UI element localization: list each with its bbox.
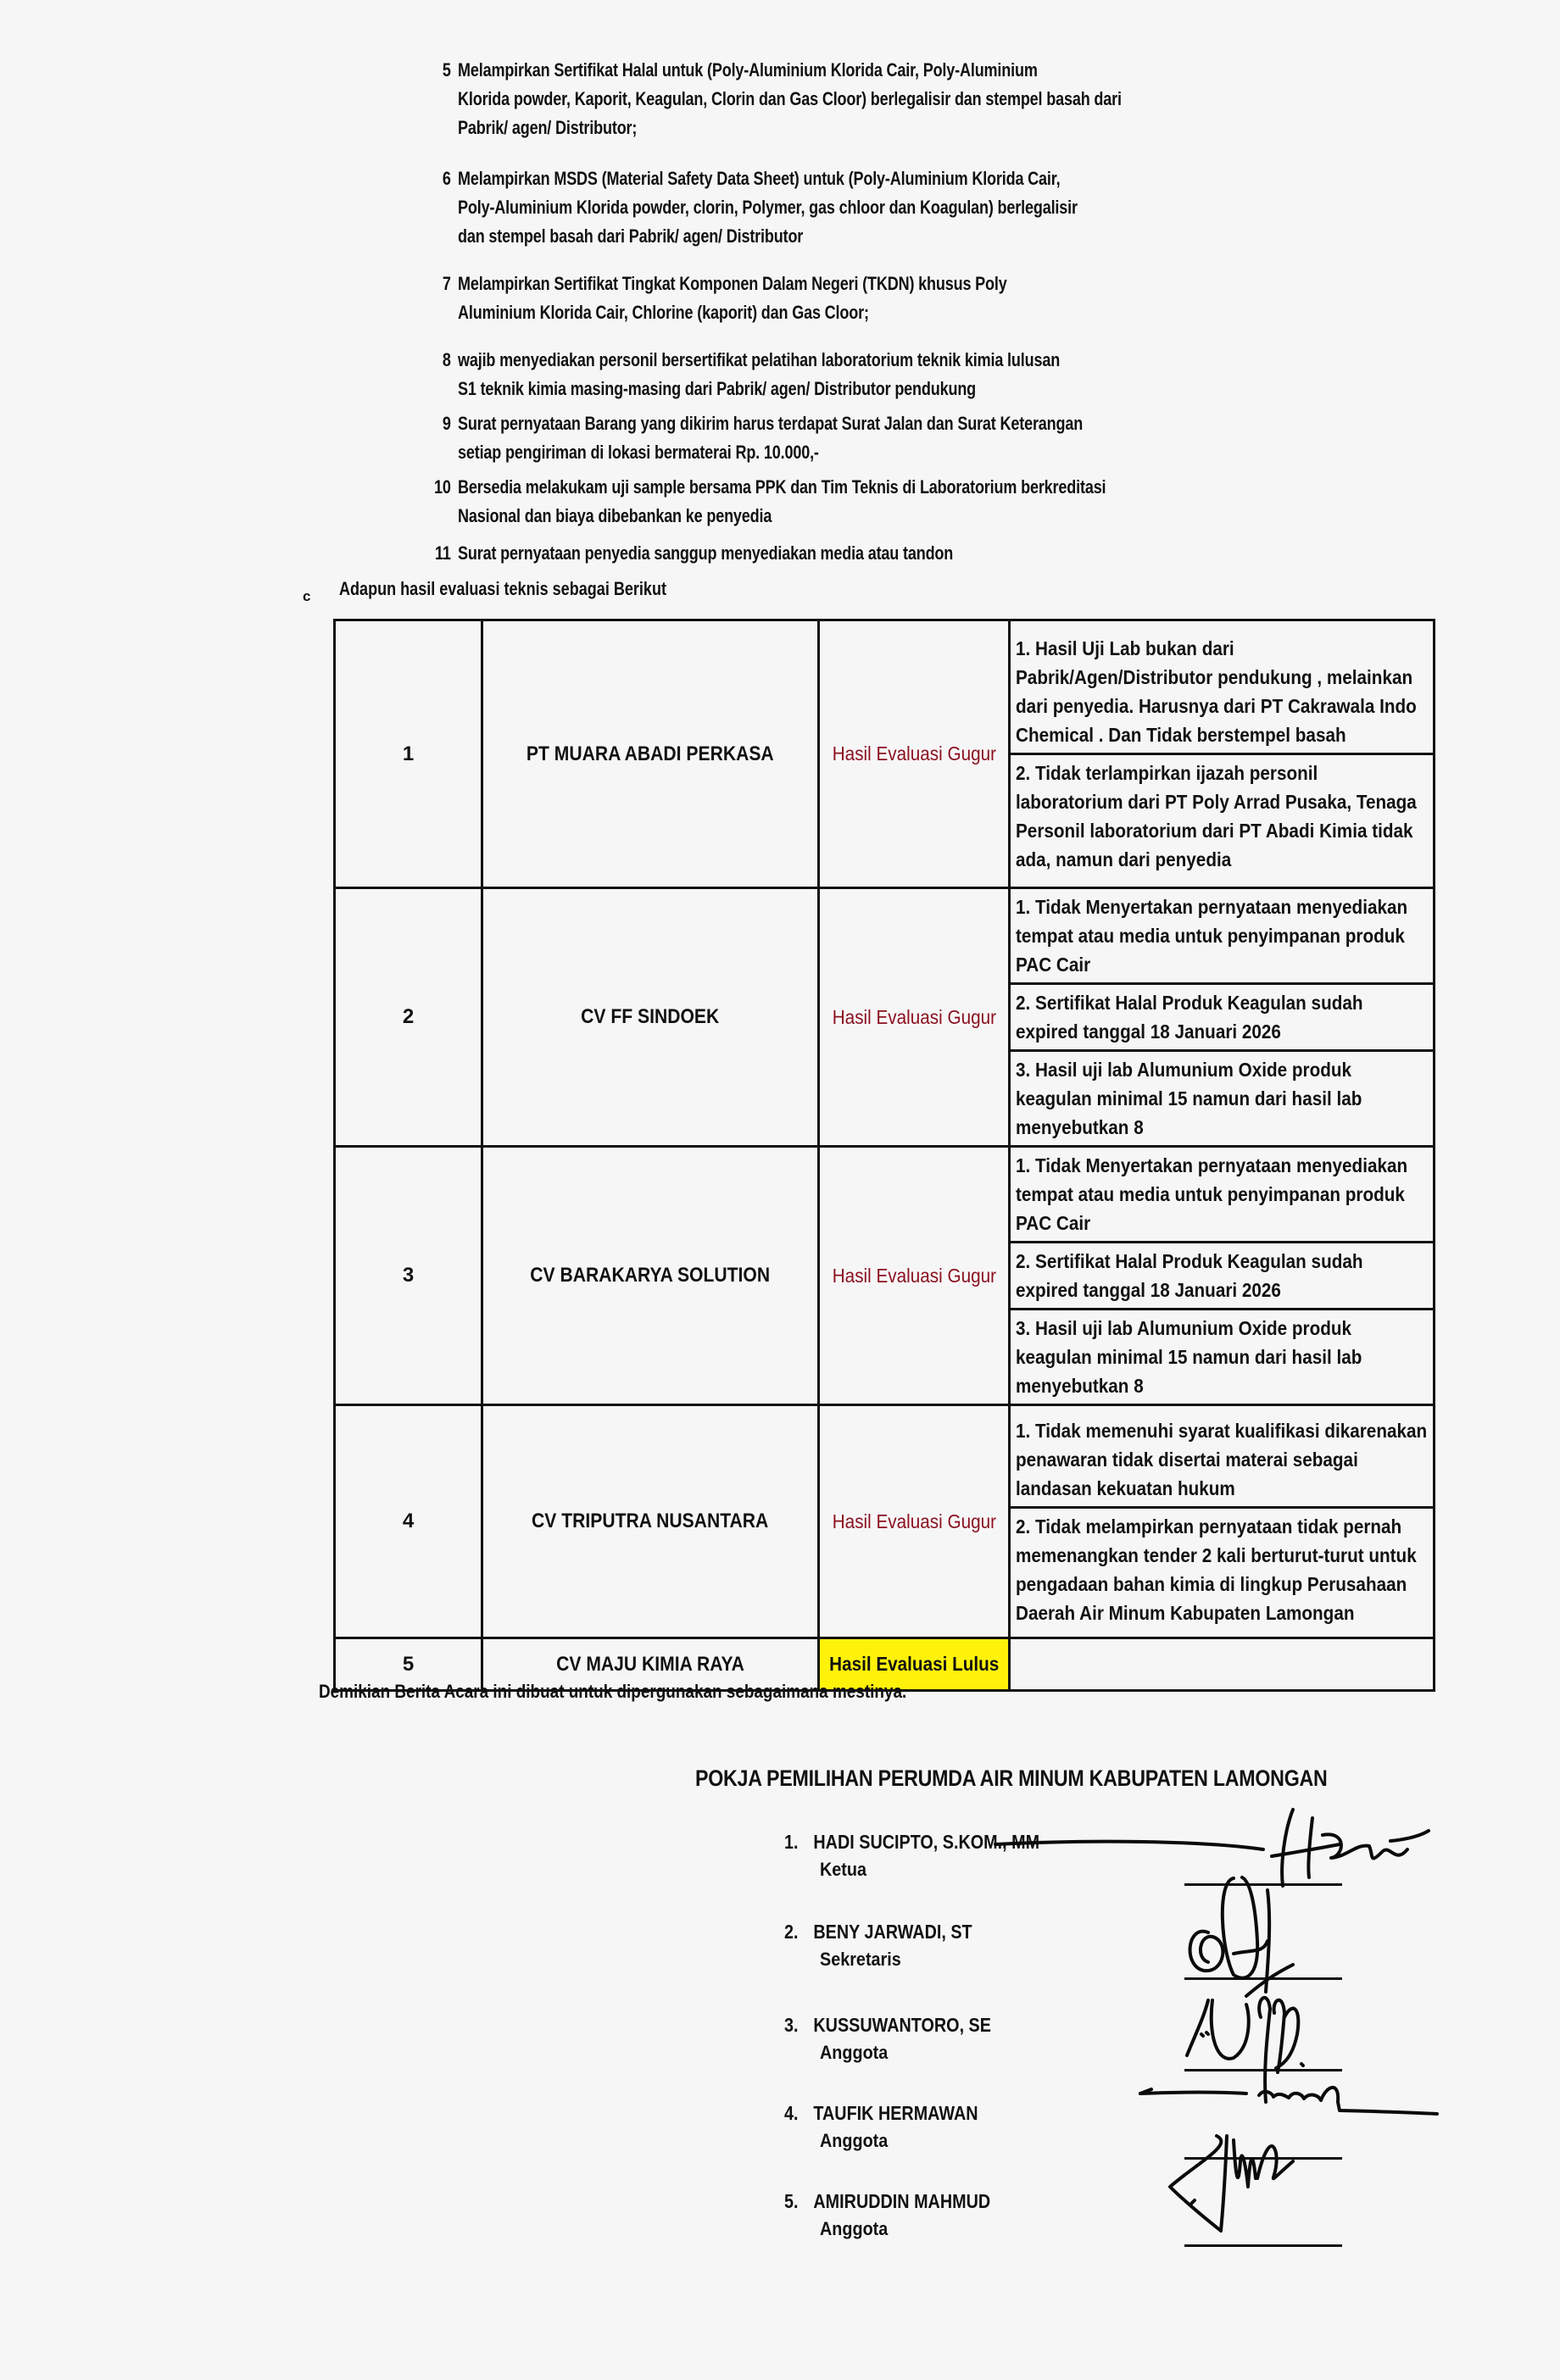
evaluation-note: 1. Hasil Uji Lab bukan dari Pabrik/Agen/… [1011, 631, 1433, 755]
requirement-text-line: dan stempel basah dari Pabrik/ agen/ Dis… [458, 222, 1320, 251]
table-row: 3CV BARAKARYA SOLUTIONHasil Evaluasi Gug… [335, 1147, 1435, 1405]
row-number: 2 [335, 888, 482, 1147]
requirement-item: 9Surat pernyataan Barang yang dikirim ha… [458, 409, 1167, 467]
requirement-number: 6 [426, 164, 451, 193]
evaluation-note-text: 3. Hasil uji lab Alumunium Oxide produk … [1016, 1055, 1428, 1142]
status-text: Hasil Evaluasi Lulus [829, 1653, 999, 1676]
provider-name-cell: CV BARAKARYA SOLUTION [482, 1147, 819, 1405]
evaluation-note-text: 3. Hasil uji lab Alumunium Oxide produk … [1016, 1314, 1428, 1400]
evaluation-notes-cell: 1. Hasil Uji Lab bukan dari Pabrik/Agen/… [1010, 620, 1435, 888]
requirement-text-line: Pabrik/ agen/ Distributor; [458, 114, 1320, 142]
provider-name-cell: CV TRIPUTRA NUSANTARA [482, 1405, 819, 1638]
requirement-text-line: wajib menyediakan personil bersertifikat… [458, 346, 1320, 375]
requirement-text-line: Surat pernyataan penyedia sanggup menyed… [458, 539, 1320, 568]
member-role: Anggota [820, 2042, 1004, 2064]
requirement-text-line: Melampirkan Sertifikat Tingkat Komponen … [458, 270, 1320, 298]
table-row: 1PT MUARA ABADI PERKASAHasil Evaluasi Gu… [335, 620, 1435, 888]
signature-4-icon [1136, 2077, 1441, 2127]
section-letter: c [303, 588, 310, 605]
closing-statement: Demikian Berita Acara ini dibuat untuk d… [319, 1681, 906, 1703]
member-number: 3. [784, 2014, 803, 2037]
evaluation-note: 2. Tidak terlampirkan ijazah personil la… [1011, 755, 1433, 877]
evaluation-note: 3. Hasil uji lab Alumunium Oxide produk … [1011, 1310, 1433, 1404]
status-text: Hasil Evaluasi Gugur [832, 1510, 995, 1533]
requirement-number: 10 [426, 473, 451, 502]
provider-name: CV BARAKARYA SOLUTION [531, 1264, 771, 1287]
signature-5-icon [1166, 2127, 1310, 2238]
requirement-item: 7Melampirkan Sertifikat Tingkat Komponen… [458, 270, 1167, 327]
evaluation-note [1011, 1661, 1433, 1668]
evaluation-note-text: 1. Tidak Menyertakan pernyataan menyedia… [1016, 892, 1428, 979]
provider-name: PT MUARA ABADI PERKASA [526, 742, 774, 766]
requirement-item: 6Melampirkan MSDS (Material Safety Data … [458, 164, 1167, 251]
member-number: 2. [784, 1921, 803, 1943]
requirement-number: 7 [426, 270, 451, 298]
member-name-line: 5.AMIRUDDIN MAHMUD [784, 2190, 990, 2213]
member-name: KUSSUWANTORO, SE [813, 2014, 991, 2036]
evaluation-note-text: 1. Tidak memenuhi syarat kualifikasi dik… [1016, 1416, 1428, 1503]
evaluation-notes-cell: 1. Tidak Menyertakan pernyataan menyedia… [1010, 1147, 1435, 1405]
evaluation-note-text: 2. Sertifikat Halal Produk Keagulan suda… [1016, 988, 1428, 1046]
table-row: 2CV FF SINDOEKHasil Evaluasi Gugur1. Tid… [335, 888, 1435, 1147]
status-badge-fail: Hasil Evaluasi Gugur [819, 1147, 1010, 1405]
member-number: 5. [784, 2190, 803, 2213]
provider-name: CV TRIPUTRA NUSANTARA [532, 1510, 768, 1533]
requirement-text-line: Aluminium Klorida Cair, Chlorine (kapori… [458, 298, 1320, 327]
status-text: Hasil Evaluasi Gugur [832, 1265, 995, 1287]
row-number: 4 [335, 1405, 482, 1638]
requirement-item: 10Bersedia melakukam uji sample bersama … [458, 473, 1167, 531]
committee-member: 5.AMIRUDDIN MAHMUDAnggota [784, 2190, 1024, 2240]
member-name-line: 3.KUSSUWANTORO, SE [784, 2014, 991, 2037]
requirement-number: 8 [426, 346, 451, 375]
member-role: Anggota [820, 2130, 990, 2152]
requirement-text-line: Melampirkan Sertifikat Halal untuk (Poly… [458, 56, 1320, 85]
requirement-item: 11Surat pernyataan penyedia sanggup meny… [458, 539, 1167, 568]
status-text: Hasil Evaluasi Gugur [832, 742, 995, 765]
evaluation-note-text: 1. Tidak Menyertakan pernyataan menyedia… [1016, 1151, 1428, 1237]
member-name: AMIRUDDIN MAHMUD [813, 2190, 990, 2212]
committee-title: POKJA PEMILIHAN PERUMDA AIR MINUM KABUPA… [695, 1766, 1328, 1792]
member-role: Sekretaris [820, 1949, 984, 1971]
evaluation-note-text: 2. Tidak melampirkan pernyataan tidak pe… [1016, 1512, 1428, 1627]
requirement-item: 8wajib menyediakan personil bersertifika… [458, 346, 1167, 403]
evaluation-note: 2. Sertifikat Halal Produk Keagulan suda… [1011, 1243, 1433, 1310]
evaluation-note-text: 2. Sertifikat Halal Produk Keagulan suda… [1016, 1247, 1428, 1304]
member-number: 1. [784, 1831, 803, 1854]
member-role: Anggota [820, 2218, 1004, 2240]
committee-member: 2.BENY JARWADI, STSekretaris [784, 1921, 1003, 1971]
requirement-text-line: setiap pengiriman di lokasi bermaterai R… [458, 438, 1320, 467]
signature-line [1184, 2244, 1342, 2247]
evaluation-table: 1PT MUARA ABADI PERKASAHasil Evaluasi Gu… [333, 619, 1435, 1692]
requirement-number: 9 [426, 409, 451, 438]
requirement-text-line: S1 teknik kimia masing-masing dari Pabri… [458, 375, 1320, 403]
member-name-line: 2.BENY JARWADI, ST [784, 1921, 972, 1943]
evaluation-notes-cell: 1. Tidak Menyertakan pernyataan menyedia… [1010, 888, 1435, 1147]
member-name: BENY JARWADI, ST [813, 1921, 972, 1943]
evaluation-note: 3. Hasil uji lab Alumunium Oxide produk … [1011, 1052, 1433, 1145]
requirement-text-line: Bersedia melakukam uji sample bersama PP… [458, 473, 1320, 502]
signature-2-icon [1183, 1873, 1310, 2000]
requirement-text-line: Poly-Aluminium Klorida powder, clorin, P… [458, 193, 1320, 222]
evaluation-note: 2. Tidak melampirkan pernyataan tidak pe… [1011, 1509, 1433, 1631]
table-row: 4CV TRIPUTRA NUSANTARAHasil Evaluasi Gug… [335, 1405, 1435, 1638]
row-number: 3 [335, 1147, 482, 1405]
member-name-line: 4.TAUFIK HERMAWAN [784, 2102, 978, 2125]
provider-name: CV FF SINDOEK [581, 1005, 719, 1029]
requirement-text-line: Nasional dan biaya dibebankan ke penyedi… [458, 502, 1320, 531]
provider-name-cell: CV FF SINDOEK [482, 888, 819, 1147]
evaluation-note-text: 2. Tidak terlampirkan ijazah personil la… [1016, 759, 1428, 874]
status-badge-fail: Hasil Evaluasi Gugur [819, 888, 1010, 1147]
evaluation-notes-cell: 1. Tidak memenuhi syarat kualifikasi dik… [1010, 1405, 1435, 1638]
provider-name: CV MAJU KIMIA RAYA [556, 1653, 744, 1677]
status-badge-fail: Hasil Evaluasi Gugur [819, 620, 1010, 888]
requirement-text-line: Klorida powder, Kaporit, Keagulan, Clori… [458, 85, 1320, 114]
status-badge-fail: Hasil Evaluasi Gugur [819, 1405, 1010, 1638]
evaluation-note: 1. Tidak Menyertakan pernyataan menyedia… [1011, 1148, 1433, 1243]
evaluation-note: 2. Sertifikat Halal Produk Keagulan suda… [1011, 985, 1433, 1052]
committee-member: 4.TAUFIK HERMAWANAnggota [784, 2102, 1010, 2152]
requirement-text-line: Surat pernyataan Barang yang dikirim har… [458, 409, 1320, 438]
committee-member: 3.KUSSUWANTORO, SEAnggota [784, 2014, 1025, 2064]
status-text: Hasil Evaluasi Gugur [832, 1006, 995, 1029]
requirement-item: 5Melampirkan Sertifikat Halal untuk (Pol… [458, 56, 1167, 142]
evaluation-note-text: 1. Hasil Uji Lab bukan dari Pabrik/Agen/… [1016, 634, 1428, 749]
row-number: 1 [335, 620, 482, 888]
provider-name-cell: PT MUARA ABADI PERKASA [482, 620, 819, 888]
evaluation-note: 1. Tidak Menyertakan pernyataan menyedia… [1011, 889, 1433, 985]
evaluation-note: 1. Tidak memenuhi syarat kualifikasi dik… [1011, 1413, 1433, 1509]
member-name: TAUFIK HERMAWAN [813, 2102, 978, 2124]
requirement-number: 11 [426, 539, 451, 568]
evaluation-notes-cell [1010, 1638, 1435, 1691]
section-title: Adapun hasil evaluasi teknis sebagai Ber… [339, 578, 666, 600]
member-number: 4. [784, 2102, 803, 2125]
requirement-number: 5 [426, 56, 451, 85]
requirement-text-line: Melampirkan MSDS (Material Safety Data S… [458, 164, 1320, 193]
